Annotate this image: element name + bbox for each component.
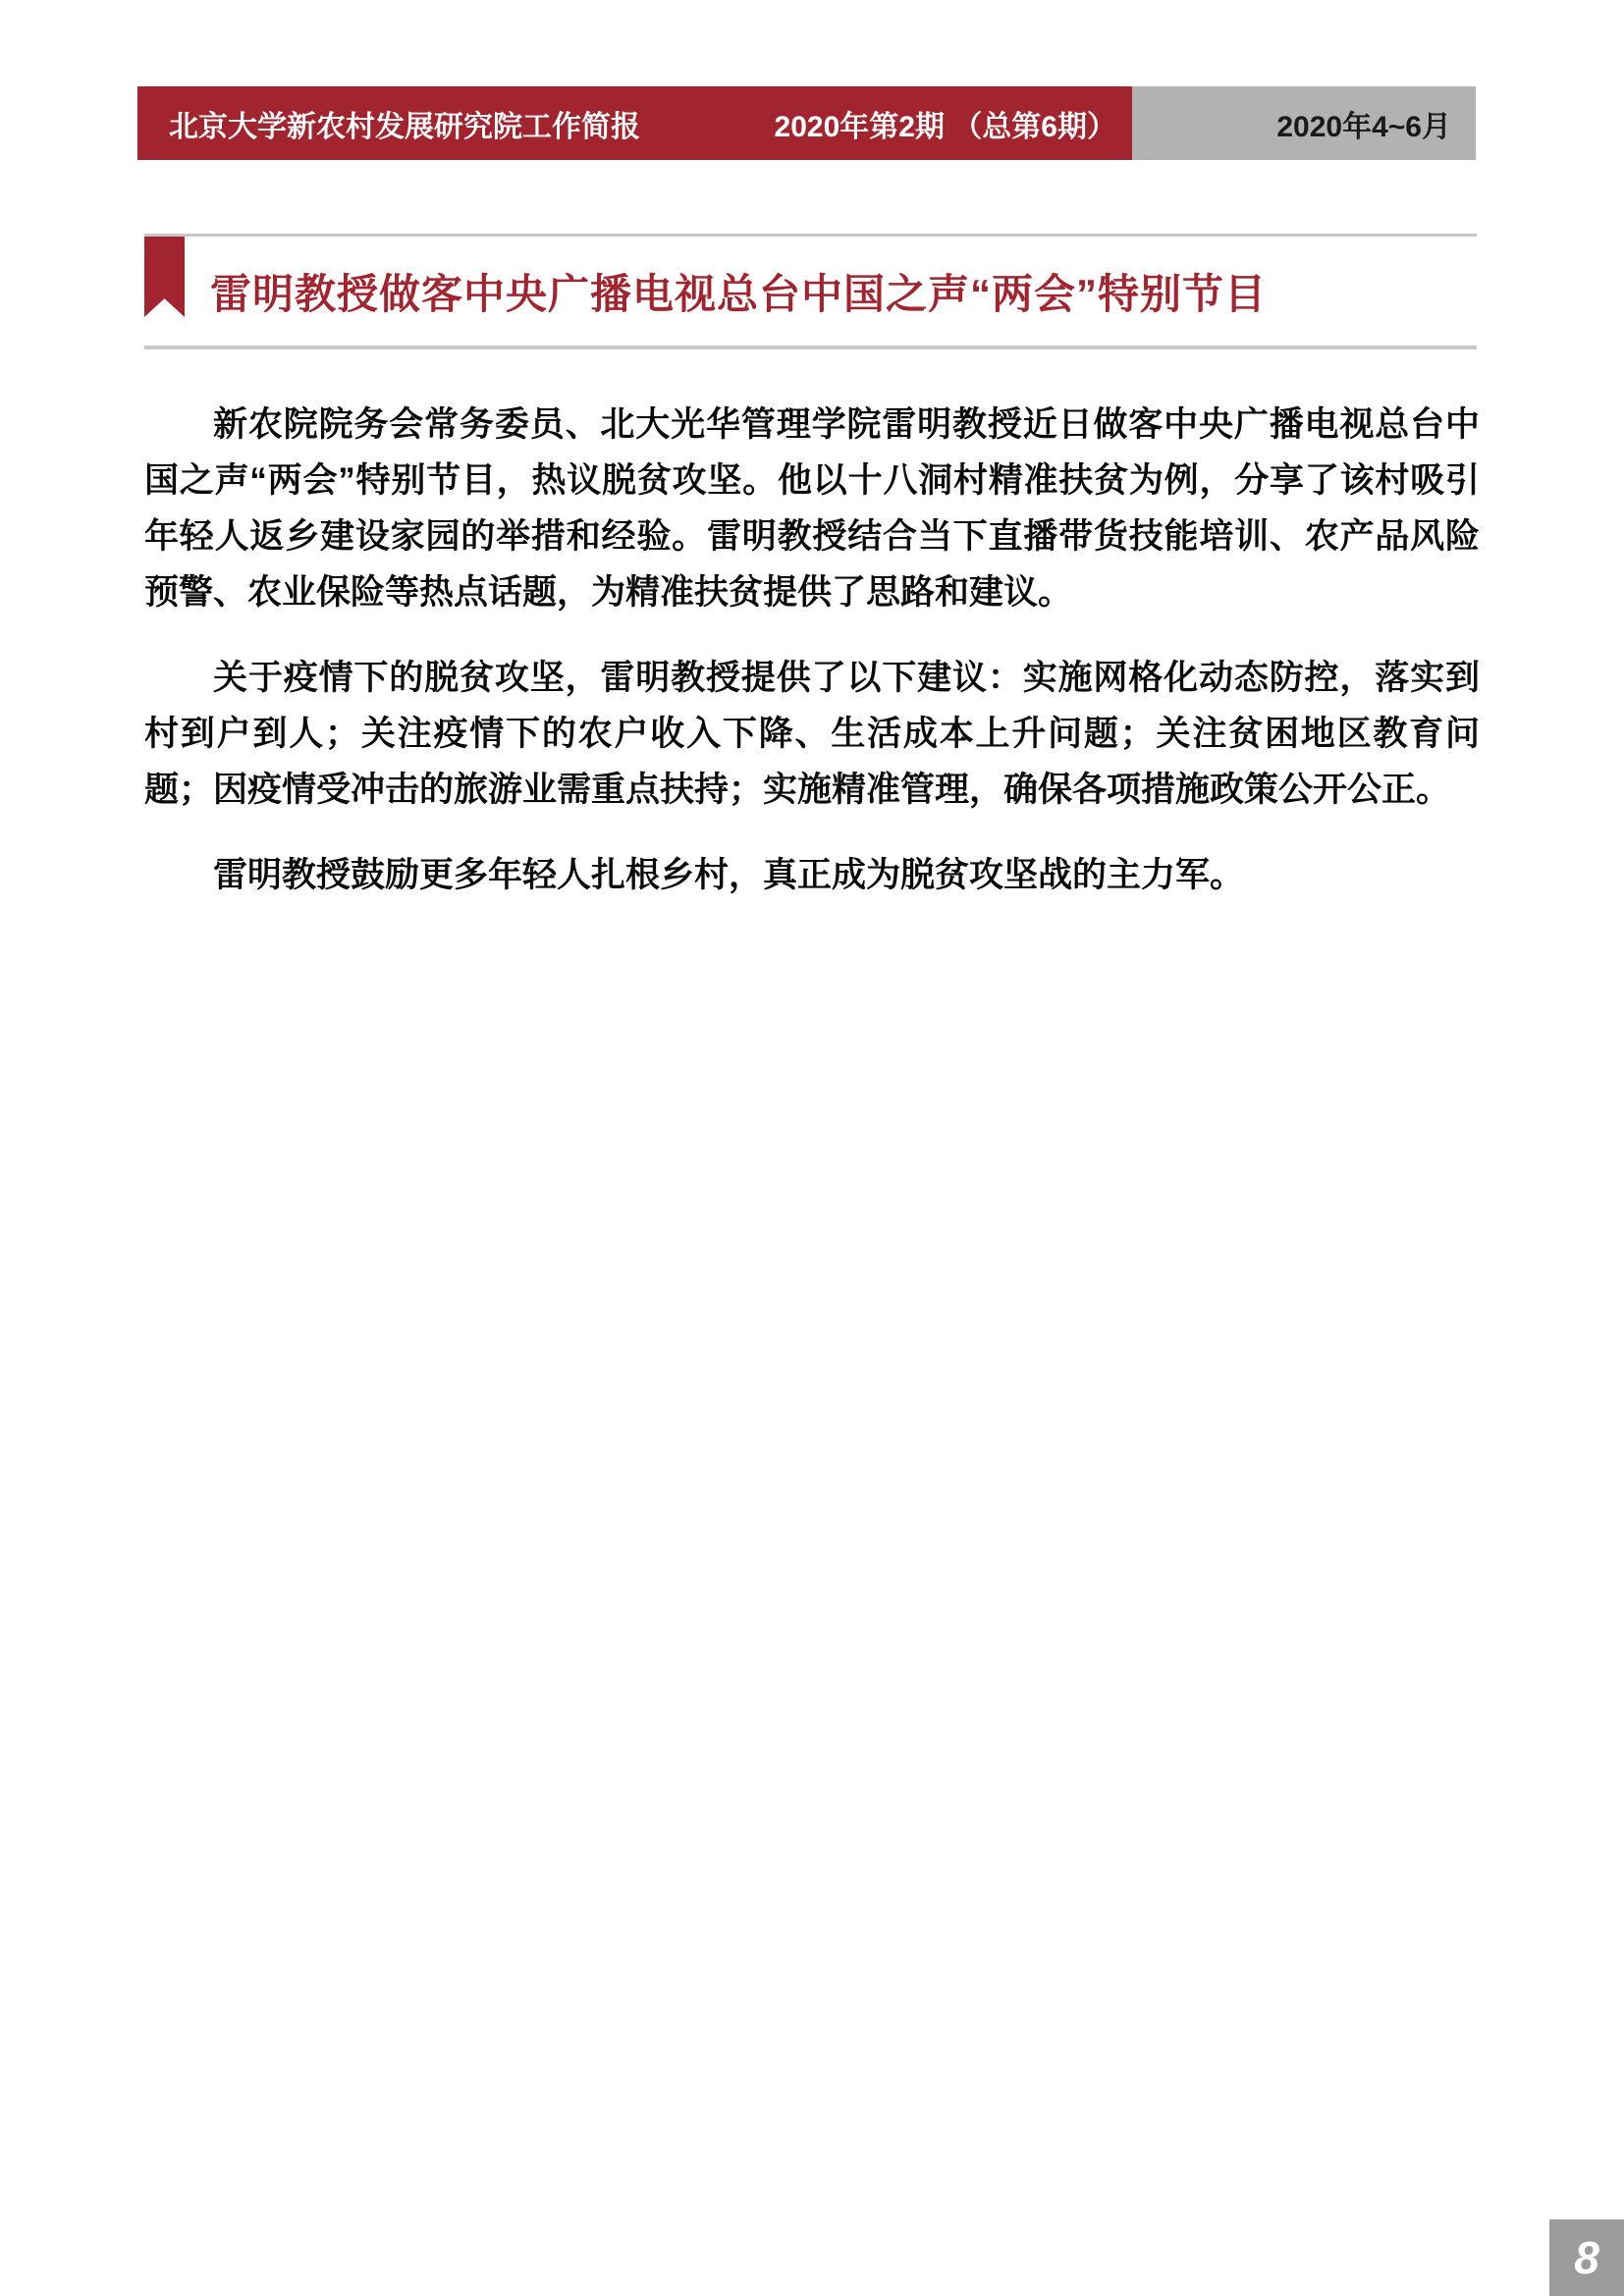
document-page: 北京大学新农村发展研究院工作简报 2020年第2期 （总第6期） 2020年4~… (0, 0, 1624, 2296)
newsletter-title: 北京大学新农村发展研究院工作简报 (169, 102, 640, 145)
header-red-band: 北京大学新农村发展研究院工作简报 2020年第2期 （总第6期） (137, 86, 1132, 160)
title-row: 雷明教授做客中央广播电视总台中国之声“两会”特别节目 (144, 237, 1477, 346)
article-title: 雷明教授做客中央广播电视总台中国之声“两会”特别节目 (210, 262, 1267, 321)
article-body: 新农院院务会常务委员、北大光华管理学院雷明教授近日做客中央广播电视总台中国之声“… (144, 397, 1480, 933)
paragraph-2: 关于疫情下的脱贫攻坚，雷明教授提供了以下建议：实施网格化动态防控，落实到村到户到… (144, 650, 1480, 818)
bookmark-ribbon-icon (144, 237, 185, 317)
page-number: 8 (1549, 2219, 1624, 2296)
article-title-block: 雷明教授做客中央广播电视总台中国之声“两会”特别节目 (144, 234, 1477, 349)
paragraph-3: 雷明教授鼓励更多年轻人扎根乡村，真正成为脱贫攻坚战的主力军。 (144, 847, 1480, 903)
title-divider-bottom (144, 346, 1477, 349)
period-label: 2020年4~6月 (1132, 86, 1476, 160)
issue-label: 2020年第2期 （总第6期） (775, 102, 1116, 145)
paragraph-1: 新农院院务会常务委员、北大光华管理学院雷明教授近日做客中央广播电视总台中国之声“… (144, 397, 1480, 620)
header-bar: 北京大学新农村发展研究院工作简报 2020年第2期 （总第6期） 2020年4~… (137, 86, 1476, 160)
